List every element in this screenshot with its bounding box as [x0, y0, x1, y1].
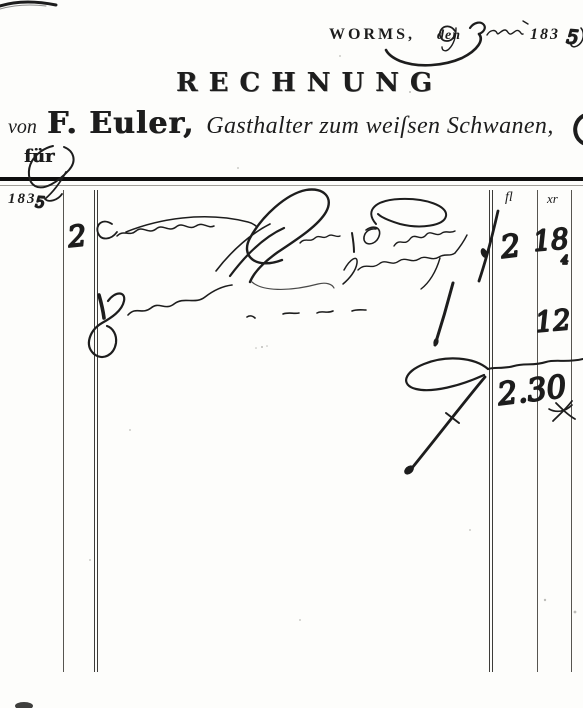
invoice-page: WORMS, den 183 RECHNUNG von F. Euler, Ga…: [0, 0, 583, 708]
row1-qty: 2: [65, 218, 88, 254]
handwritten-date: [386, 21, 528, 65]
row1-amount-xr-fraction: 4: [560, 253, 569, 267]
paper-specks: [89, 55, 576, 621]
row1-amount-fl: 2: [498, 228, 523, 266]
table-year-digit: 5: [35, 193, 46, 212]
total-amount: 2.30: [495, 369, 569, 413]
extra-line-handwriting: [343, 235, 467, 289]
handwriting-ink-layer: 5 5 2: [0, 0, 583, 708]
handwritten-year-digit-top: 5: [566, 26, 583, 49]
scan-edge-marks: [0, 2, 583, 708]
row2-amount-xr: 12: [534, 303, 572, 339]
row2-qty-handwriting: [99, 295, 104, 318]
row1-description-handwriting: [97, 190, 498, 290]
row2-description-handwriting: [89, 283, 453, 357]
bottom-left-ink-spot: [15, 702, 33, 708]
